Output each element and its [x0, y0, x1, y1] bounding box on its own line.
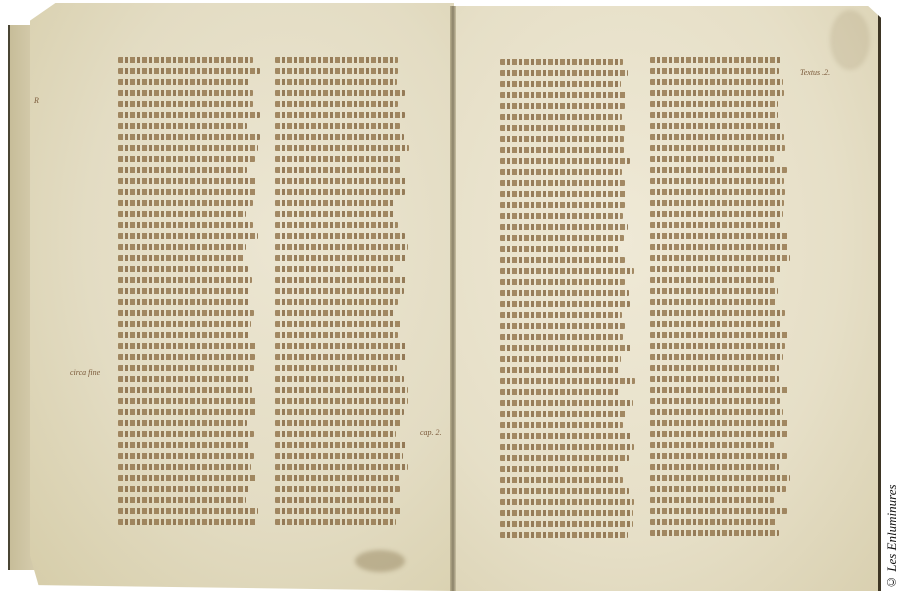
text-line	[118, 508, 258, 514]
text-line	[500, 356, 621, 362]
text-line	[275, 244, 408, 250]
margin-note: Textus .2.	[800, 68, 830, 78]
text-line	[500, 114, 622, 120]
text-line	[650, 310, 785, 316]
text-line	[650, 299, 777, 305]
text-line	[275, 431, 396, 437]
text-line	[500, 510, 633, 516]
text-line	[650, 145, 785, 151]
text-line	[275, 409, 404, 415]
text-line	[650, 497, 774, 503]
text-line	[118, 442, 250, 448]
text-line	[500, 125, 625, 131]
text-line	[275, 475, 399, 481]
text-line	[275, 354, 407, 360]
text-line	[500, 455, 629, 461]
text-line	[275, 266, 395, 272]
text-line	[500, 202, 625, 208]
text-line	[118, 145, 258, 151]
text-line	[650, 79, 783, 85]
stain	[355, 550, 405, 572]
text-line	[275, 497, 394, 503]
text-line	[500, 301, 630, 307]
text-line	[500, 466, 620, 472]
text-line	[275, 200, 394, 206]
text-line	[275, 453, 403, 459]
text-line	[650, 530, 779, 536]
text-line	[500, 499, 634, 505]
text-line	[118, 90, 253, 96]
text-line	[650, 101, 778, 107]
gutter	[450, 6, 456, 591]
text-line	[275, 101, 398, 107]
text-column-4	[650, 52, 790, 536]
text-line	[118, 464, 251, 470]
text-line	[650, 123, 782, 129]
text-line	[275, 211, 394, 217]
text-line	[275, 178, 407, 184]
text-line	[118, 387, 252, 393]
text-line	[118, 453, 254, 459]
text-line	[650, 244, 788, 250]
text-line	[500, 345, 632, 351]
text-line	[275, 277, 407, 283]
text-line	[118, 497, 246, 503]
text-line	[118, 486, 249, 492]
text-line	[118, 167, 247, 173]
text-line	[500, 444, 634, 450]
text-line	[650, 431, 789, 437]
text-line	[275, 68, 398, 74]
text-line	[500, 378, 635, 384]
text-line	[118, 310, 254, 316]
text-line	[275, 486, 400, 492]
text-line	[275, 442, 407, 448]
text-line	[275, 365, 397, 371]
text-line	[650, 321, 780, 327]
text-line	[650, 288, 778, 294]
text-line	[500, 59, 623, 65]
text-line	[118, 409, 256, 415]
text-line	[118, 332, 250, 338]
text-line	[500, 367, 619, 373]
text-column-3	[500, 54, 635, 538]
text-line	[650, 112, 778, 118]
text-line	[650, 222, 780, 228]
margin-note: circa fine	[70, 368, 100, 378]
text-line	[500, 488, 629, 494]
text-line	[500, 532, 628, 538]
text-line	[118, 519, 256, 525]
text-line	[275, 156, 401, 162]
text-line	[500, 323, 625, 329]
text-line	[500, 422, 623, 428]
text-line	[500, 334, 623, 340]
text-line	[275, 79, 397, 85]
text-line	[650, 277, 774, 283]
text-line	[500, 70, 628, 76]
text-line	[500, 92, 626, 98]
text-line	[650, 398, 780, 404]
text-line	[275, 288, 404, 294]
text-line	[650, 57, 781, 63]
text-line	[650, 189, 785, 195]
text-line	[275, 134, 404, 140]
text-line	[275, 145, 409, 151]
text-line	[650, 90, 784, 96]
text-line	[650, 200, 784, 206]
text-line	[275, 464, 408, 470]
text-line	[275, 519, 396, 525]
text-line	[500, 312, 622, 318]
text-line	[500, 213, 623, 219]
text-line	[650, 387, 789, 393]
text-line	[650, 519, 776, 525]
text-line	[118, 321, 251, 327]
text-line	[118, 178, 257, 184]
text-line	[118, 222, 253, 228]
text-line	[650, 156, 774, 162]
text-line	[500, 158, 630, 164]
margin-note: cap. 2.	[420, 428, 442, 438]
copyright-notice: © Les Enluminures	[884, 470, 904, 590]
text-line	[500, 191, 627, 197]
text-line	[650, 233, 788, 239]
text-line	[650, 464, 779, 470]
text-line	[650, 134, 784, 140]
text-line	[650, 255, 790, 261]
text-line	[500, 136, 624, 142]
text-line	[118, 343, 257, 349]
text-line	[650, 178, 784, 184]
text-line	[650, 453, 787, 459]
text-line	[500, 521, 633, 527]
text-line	[118, 376, 250, 382]
stain	[830, 10, 870, 70]
text-line	[118, 277, 252, 283]
text-line	[275, 123, 400, 129]
text-line	[118, 288, 249, 294]
text-line	[275, 420, 401, 426]
text-line	[500, 169, 622, 175]
text-line	[118, 266, 248, 272]
text-line	[275, 398, 408, 404]
text-line	[650, 167, 787, 173]
text-line	[275, 387, 408, 393]
text-line	[118, 101, 253, 107]
text-line	[118, 299, 250, 305]
text-line	[500, 246, 620, 252]
manuscript-spread: R circa fine Textus .2. cap. 2. © Les En…	[0, 0, 908, 600]
text-line	[500, 224, 628, 230]
text-line	[500, 477, 623, 483]
text-line	[650, 365, 779, 371]
text-line	[650, 266, 782, 272]
text-line	[650, 68, 779, 74]
text-line	[275, 321, 401, 327]
text-line	[118, 112, 260, 118]
text-line	[500, 290, 629, 296]
text-line	[500, 180, 625, 186]
text-line	[275, 189, 405, 195]
text-line	[650, 420, 789, 426]
text-line	[650, 475, 790, 481]
text-line	[118, 123, 247, 129]
text-line	[275, 233, 405, 239]
text-line	[275, 343, 407, 349]
text-line	[650, 332, 789, 338]
text-line	[650, 211, 783, 217]
text-line	[650, 486, 786, 492]
text-line	[500, 411, 627, 417]
margin-note: R	[34, 96, 39, 106]
text-line	[118, 233, 258, 239]
text-line	[118, 354, 255, 360]
text-line	[500, 268, 634, 274]
text-line	[118, 189, 257, 195]
text-line	[118, 79, 250, 85]
text-column-2	[275, 52, 410, 525]
text-line	[118, 475, 256, 481]
text-line	[500, 389, 619, 395]
text-column-1	[118, 52, 262, 525]
text-line	[650, 343, 785, 349]
text-line	[118, 398, 256, 404]
text-line	[650, 376, 779, 382]
text-line	[500, 279, 625, 285]
text-line	[500, 235, 624, 241]
text-line	[650, 442, 774, 448]
text-line	[650, 409, 783, 415]
text-line	[118, 211, 246, 217]
text-line	[275, 112, 405, 118]
text-line	[118, 134, 260, 140]
text-line	[275, 167, 400, 173]
text-line	[275, 508, 401, 514]
text-line	[275, 332, 398, 338]
text-line	[500, 103, 625, 109]
text-line	[275, 222, 398, 228]
text-line	[118, 255, 245, 261]
text-line	[275, 57, 398, 63]
text-line	[500, 433, 632, 439]
text-line	[500, 257, 625, 263]
text-line	[500, 147, 624, 153]
text-line	[275, 376, 404, 382]
text-line	[275, 310, 394, 316]
text-line	[500, 400, 633, 406]
text-line	[275, 90, 405, 96]
text-line	[118, 244, 246, 250]
text-line	[118, 156, 255, 162]
text-line	[118, 200, 253, 206]
text-line	[118, 57, 253, 63]
text-line	[275, 255, 406, 261]
text-line	[118, 431, 254, 437]
text-line	[650, 508, 787, 514]
text-line	[275, 299, 398, 305]
text-line	[650, 354, 783, 360]
text-line	[118, 420, 247, 426]
text-line	[500, 81, 621, 87]
text-line	[118, 365, 254, 371]
text-line	[118, 68, 260, 74]
